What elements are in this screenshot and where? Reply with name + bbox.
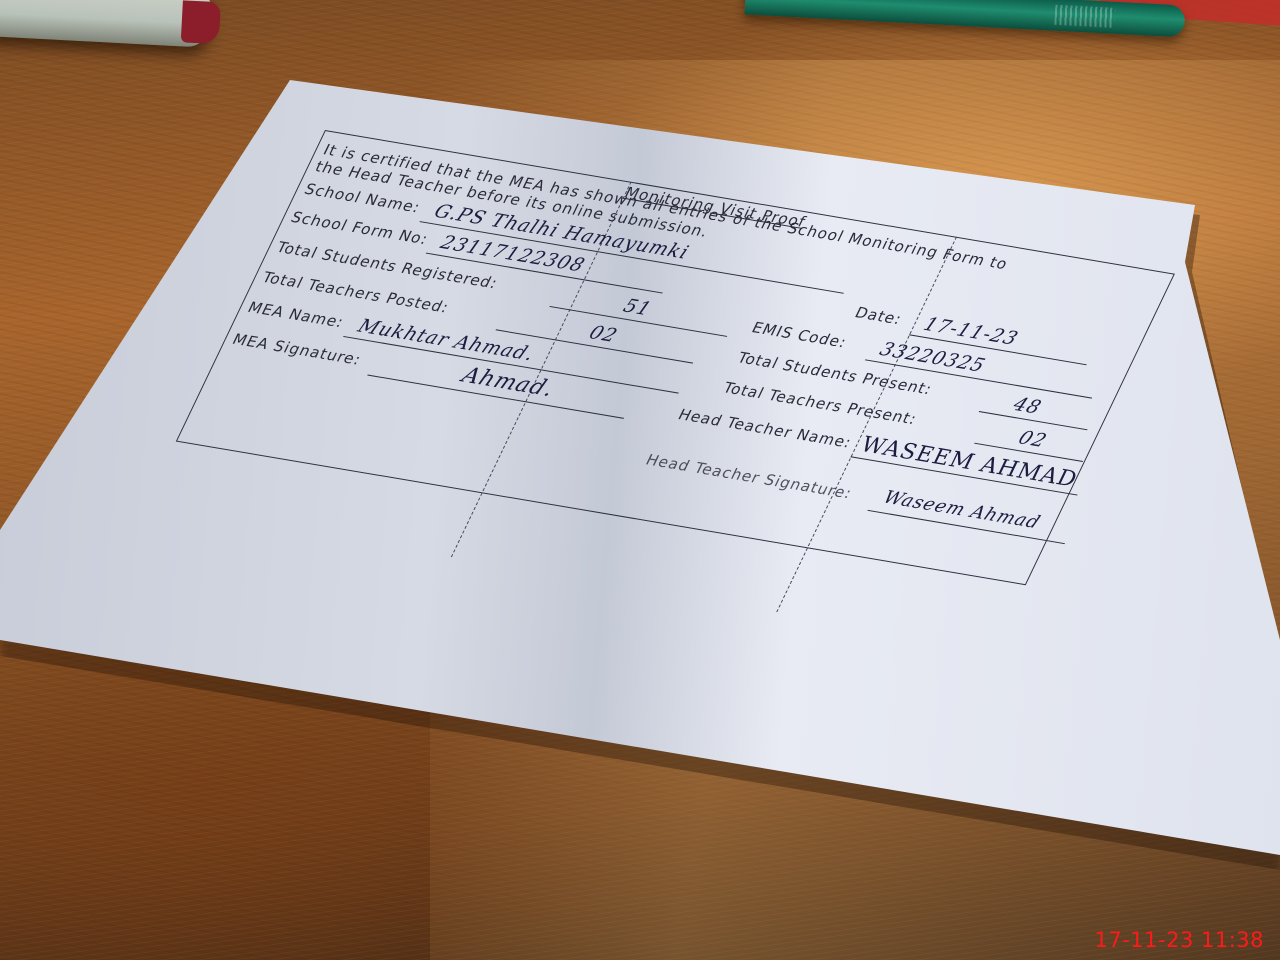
- camera-timestamp: 17-11-23 11:38: [1094, 928, 1264, 952]
- form-content: Monitoring Visit Proof It is certified t…: [136, 130, 1192, 671]
- pen-grip: [1054, 5, 1115, 28]
